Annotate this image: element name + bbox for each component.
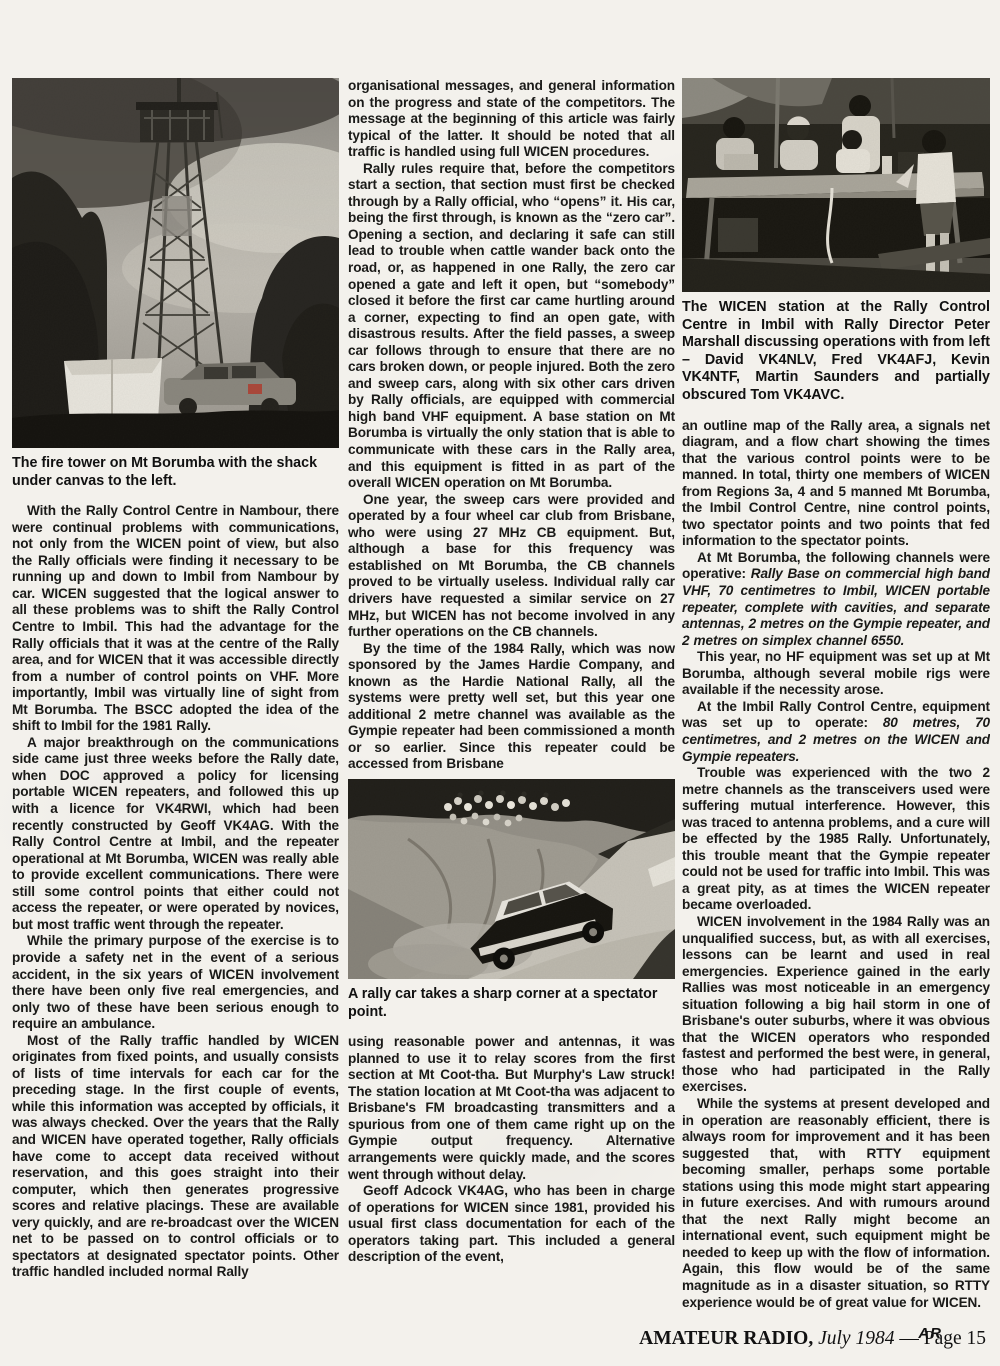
column-middle: organisational messages, and general inf… bbox=[348, 78, 675, 1366]
right-column-text: an outline map of the Rally area, a sign… bbox=[682, 418, 990, 1312]
magazine-page: The fire tower on Mt Borumba with the sh… bbox=[0, 0, 1000, 1366]
page-footer: AMATEUR RADIO, July 1984 — Page 15 bbox=[639, 1328, 986, 1350]
photo-caption-fire-tower: The fire tower on Mt Borumba with the sh… bbox=[12, 455, 339, 490]
fire-tower-photo-image bbox=[12, 78, 339, 448]
paragraph: This year, no HF equipment was set up at… bbox=[682, 649, 990, 699]
left-column-text: With the Rally Control Centre in Nambour… bbox=[12, 503, 339, 1281]
wicen-station-photo-image bbox=[682, 78, 990, 292]
paragraph: Rally rules require that, before the com… bbox=[348, 161, 675, 492]
paragraph: using reasonable power and antennas, it … bbox=[348, 1034, 675, 1183]
middle-column-text-bottom: using reasonable power and antennas, it … bbox=[348, 1034, 675, 1266]
paragraph: A major breakthrough on the communicatio… bbox=[12, 735, 339, 934]
paragraph: WICEN involvement in the 1984 Rally was … bbox=[682, 914, 990, 1096]
paragraph: Trouble was experienced with the two 2 m… bbox=[682, 765, 990, 914]
paragraph: One year, the sweep cars were provided a… bbox=[348, 492, 675, 641]
paragraph: an outline map of the Rally area, a sign… bbox=[682, 418, 990, 550]
paragraph: While the primary purpose of the exercis… bbox=[12, 933, 339, 1032]
paragraph: By the time of the 1984 Rally, which was… bbox=[348, 641, 675, 773]
paragraph: organisational messages, and general inf… bbox=[348, 78, 675, 161]
wicen-station-photo bbox=[682, 78, 990, 292]
paragraph: Most of the Rally traffic handled by WIC… bbox=[12, 1033, 339, 1281]
paragraph: At Mt Borumba, the following channels we… bbox=[682, 550, 990, 649]
column-right: The WICEN station at the Rally Control C… bbox=[682, 78, 990, 1366]
rally-car-photo-image bbox=[348, 779, 675, 979]
photo-caption-rally-car: A rally car takes a sharp corner at a sp… bbox=[348, 986, 675, 1021]
column-left: The fire tower on Mt Borumba with the sh… bbox=[12, 78, 339, 1366]
paragraph: With the Rally Control Centre in Nambour… bbox=[12, 503, 339, 735]
fire-tower-photo bbox=[12, 78, 339, 448]
rally-car-photo bbox=[348, 779, 675, 979]
paragraph: While the systems at present developed a… bbox=[682, 1096, 990, 1311]
middle-column-text-top: organisational messages, and general inf… bbox=[348, 78, 675, 773]
footer-magazine-title: AMATEUR RADIO, bbox=[639, 1328, 813, 1349]
photo-caption-wicen-station: The WICEN station at the Rally Control C… bbox=[682, 299, 990, 405]
paragraph: Geoff Adcock VK4AG, who has been in char… bbox=[348, 1183, 675, 1266]
footer-page-number: — Page 15 bbox=[899, 1328, 986, 1349]
footer-issue: July 1984 bbox=[813, 1328, 899, 1349]
paragraph: At the Imbil Rally Control Centre, equip… bbox=[682, 699, 990, 765]
